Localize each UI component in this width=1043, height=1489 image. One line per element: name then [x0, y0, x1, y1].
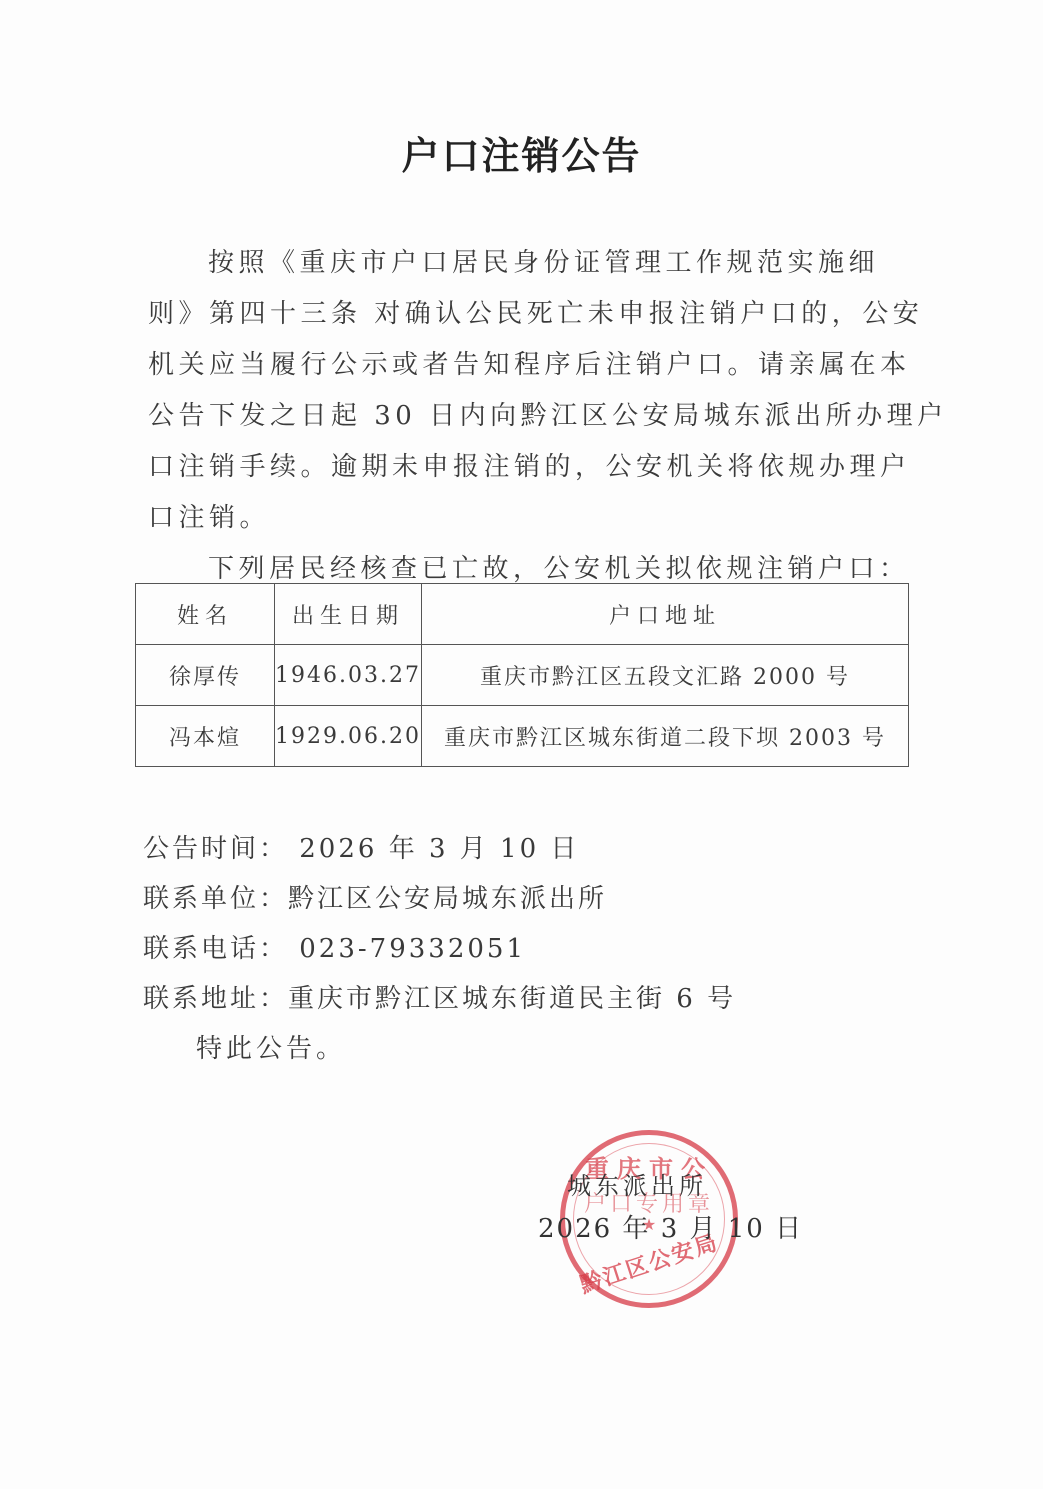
header-birth-date: 出生日期 [275, 584, 422, 645]
body-line: 口注销。 [148, 493, 898, 544]
contact-address: 联系地址：重庆市黔江区城东街道民主街 6 号 [143, 978, 736, 1015]
cell-birth-date: 1929.06.20 [275, 706, 422, 767]
deceased-residents-table: 姓名 出生日期 户口地址 徐厚传 1946.03.27 重庆市黔江区五段文汇路 … [135, 583, 909, 767]
notice-page: 户口注销公告 按照《重庆市户口居民身份证管理工作规范实施细 则》第四十三条 对确… [0, 0, 1043, 1489]
contact-unit: 联系单位：黔江区公安局城东派出所 [143, 878, 607, 915]
signature-date: 2026 年 3 月 10 日 [538, 1208, 803, 1245]
body-line: 则》第四十三条 对确认公民死亡未申报注销户口的，公安 [148, 289, 898, 340]
cell-name: 冯本煊 [136, 706, 275, 767]
table-row: 徐厚传 1946.03.27 重庆市黔江区五段文汇路 2000 号 [136, 645, 909, 706]
header-name: 姓名 [136, 584, 275, 645]
signature-org: 城东派出所 [567, 1166, 707, 1201]
closing-remark: 特此公告。 [196, 1028, 346, 1065]
cell-name: 徐厚传 [136, 645, 275, 706]
notice-body: 按照《重庆市户口居民身份证管理工作规范实施细 则》第四十三条 对确认公民死亡未申… [148, 238, 898, 595]
body-line: 口注销手续。逾期未申报注销的，公安机关将依规办理户 [148, 442, 898, 493]
cell-address: 重庆市黔江区五段文汇路 2000 号 [421, 645, 908, 706]
table-row: 冯本煊 1929.06.20 重庆市黔江区城东街道二段下坝 2003 号 [136, 706, 909, 767]
contact-phone: 联系电话： 023-79332051 [143, 928, 526, 965]
table-header-row: 姓名 出生日期 户口地址 [136, 584, 909, 645]
body-line: 按照《重庆市户口居民身份证管理工作规范实施细 [148, 238, 898, 289]
document-title: 户口注销公告 [0, 125, 1043, 180]
announce-time: 公告时间： 2026 年 3 月 10 日 [143, 828, 579, 865]
body-line: 机关应当履行公示或者告知程序后注销户口。请亲属在本 [148, 340, 898, 391]
cell-birth-date: 1946.03.27 [275, 645, 422, 706]
body-line: 公告下发之日起 30 日内向黔江区公安局城东派出所办理户 [148, 391, 898, 442]
cell-address: 重庆市黔江区城东街道二段下坝 2003 号 [421, 706, 908, 767]
header-address: 户口地址 [421, 584, 908, 645]
